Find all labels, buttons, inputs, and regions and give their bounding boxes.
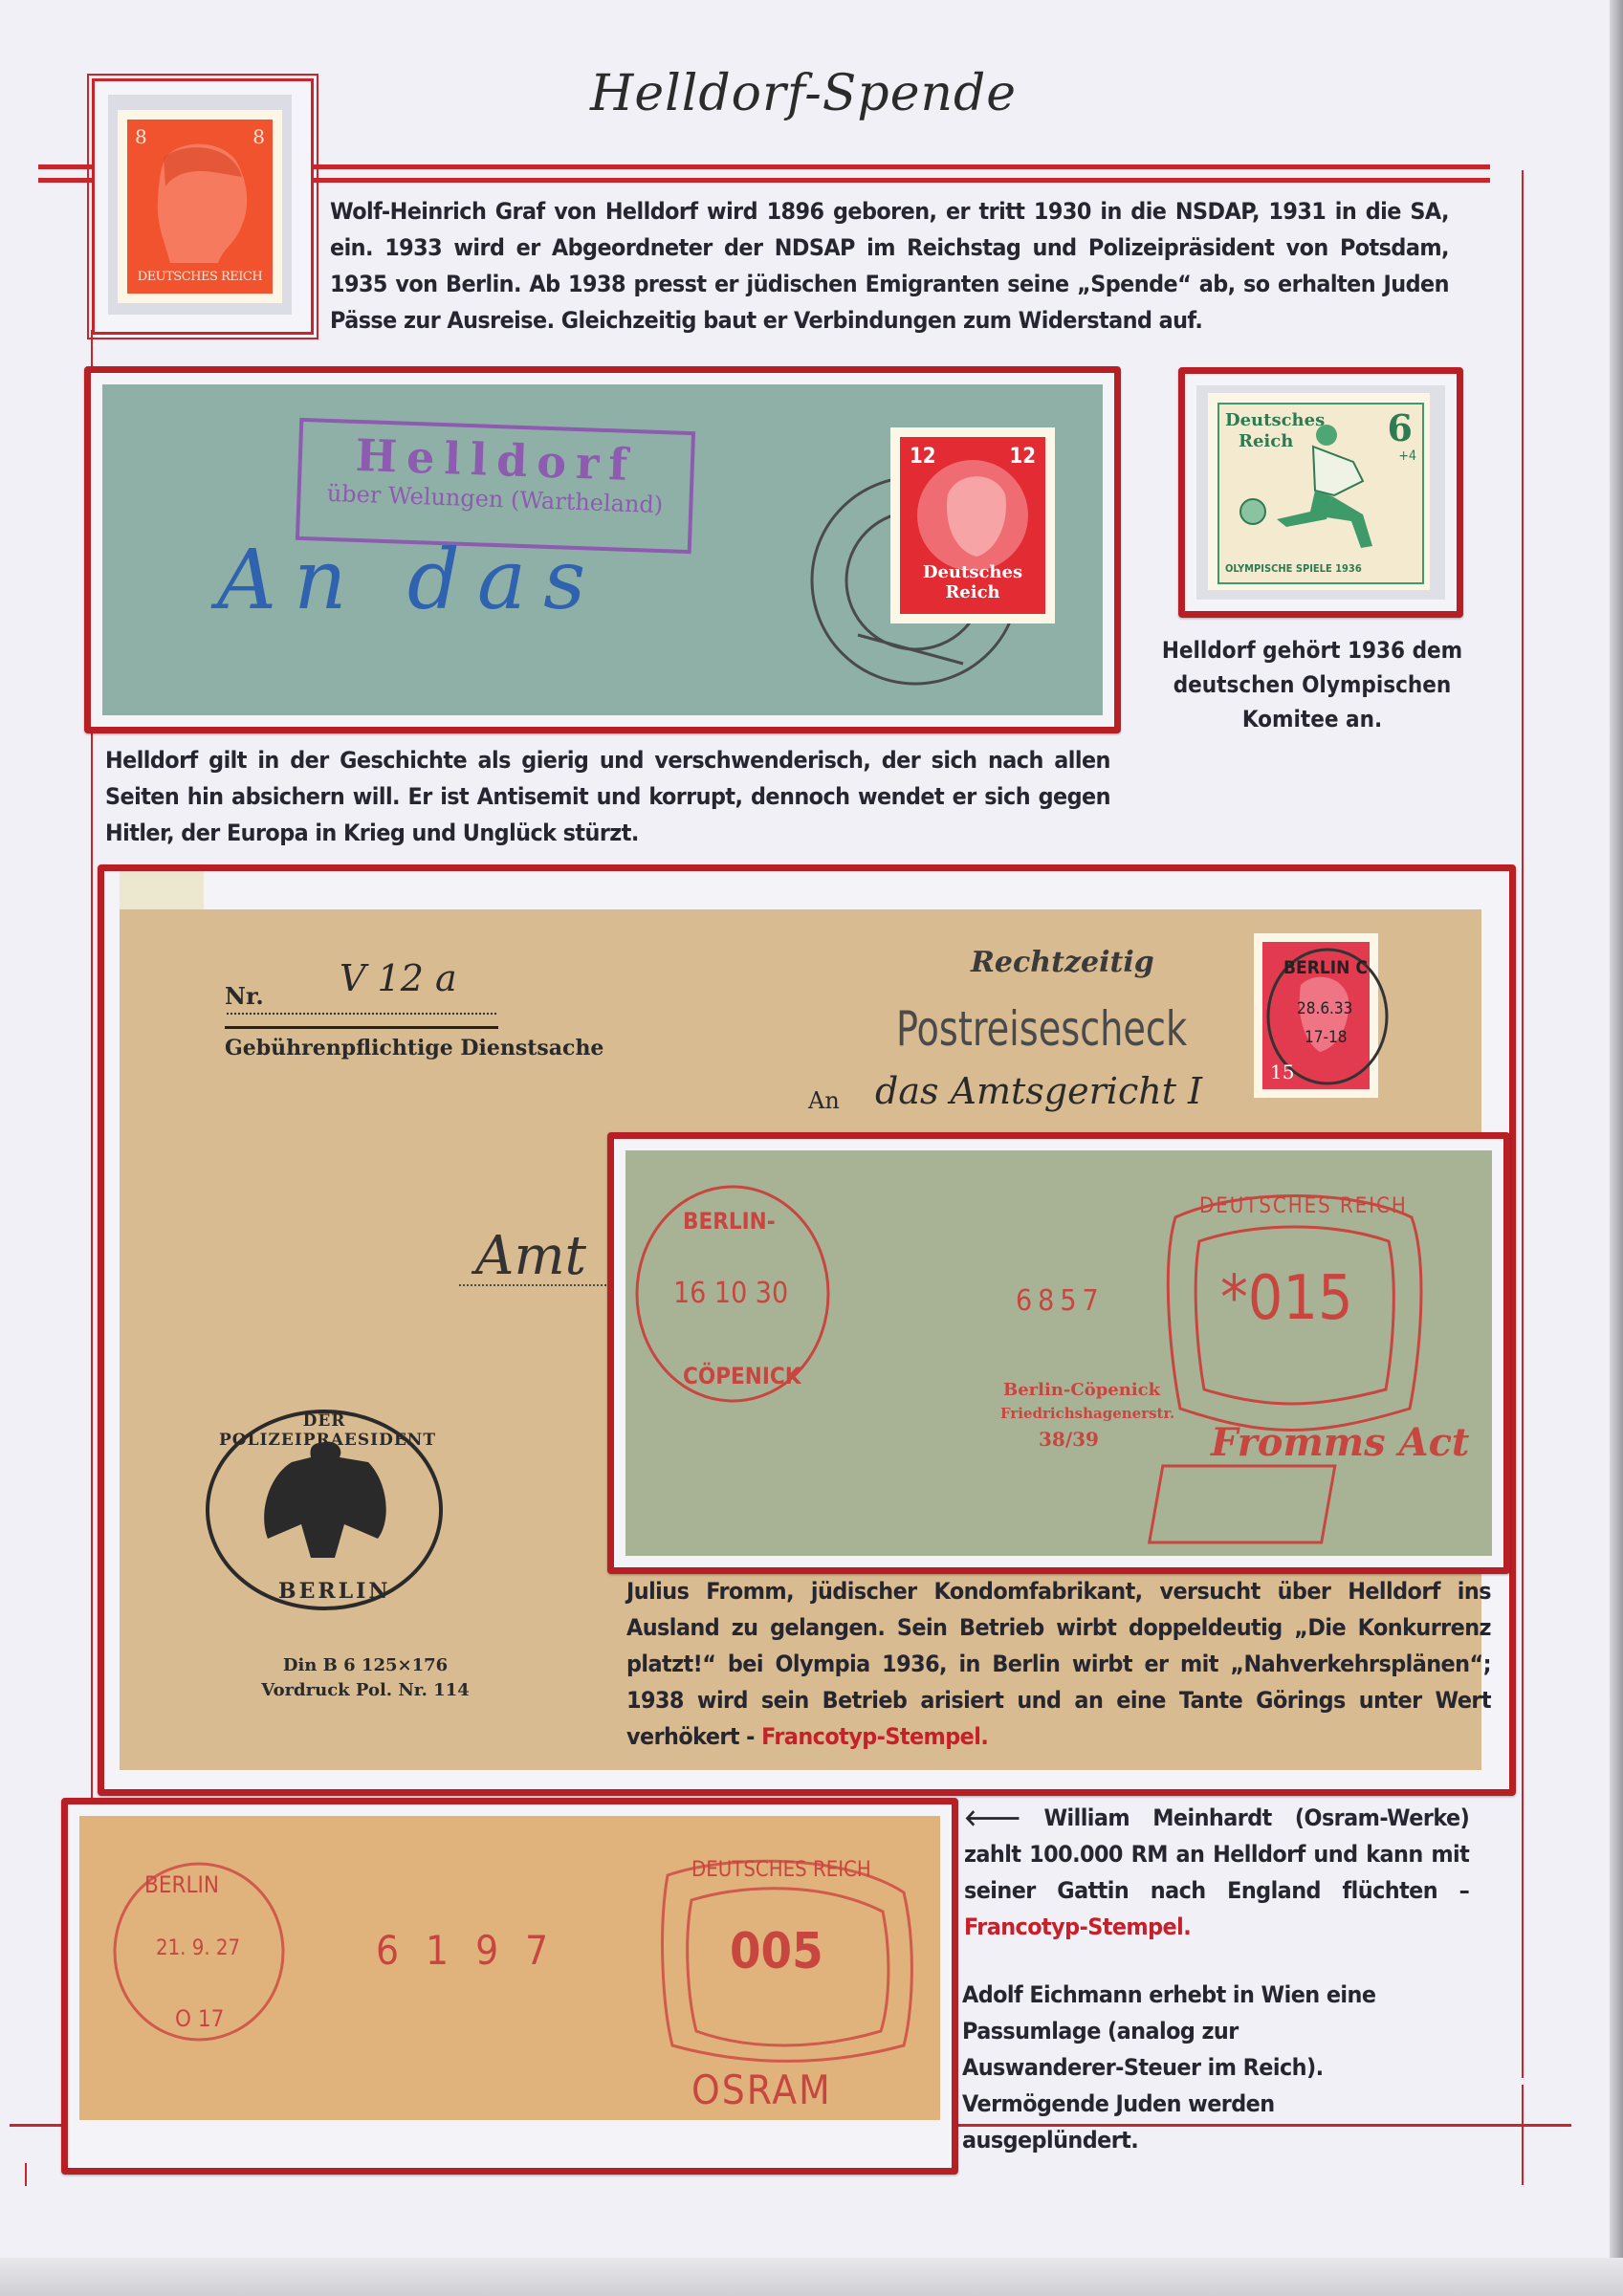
seal-text-top: DER POLIZEIPRAESIDENT	[219, 1411, 429, 1450]
stamp-country: Deutsches Reich	[900, 562, 1045, 602]
service-label: Gebührenpflichtige Dienstsache	[225, 1036, 603, 1061]
meter-address-line3: 38/39	[1039, 1428, 1099, 1451]
meter-circle-bottom: CÖPENICK	[683, 1363, 801, 1389]
meter-brand: OSRAM	[691, 2066, 832, 2113]
fromm-text-body: Julius Fromm, jüdischer Kondomfabrikant,…	[626, 1578, 1491, 1750]
album-sheet-bottom-edge	[0, 2258, 1623, 2296]
character-text: Helldorf gilt in der Geschichte als gier…	[105, 742, 1110, 851]
intro-text: Wolf-Heinrich Graf von Helldorf wird 189…	[330, 193, 1449, 339]
album-sheet-edge	[1610, 0, 1623, 2296]
slogan-script: Rechtzeitig	[971, 946, 1154, 979]
osram-text-body: William Meinhardt (Osram-Werke) zahlt 10…	[964, 1804, 1469, 1904]
meter-date: 16 10 30	[673, 1277, 788, 1310]
frame-right-line	[1522, 170, 1524, 2078]
fromm-text-highlight: Francotyp-Stempel.	[761, 1723, 988, 1750]
rule-left-top	[38, 164, 94, 169]
frame-right-tail	[1522, 2085, 1524, 2185]
an-label: An	[808, 1087, 840, 1114]
fromm-text: Julius Fromm, jüdischer Kondomfabrikant,…	[626, 1573, 1491, 1755]
postmark-time: 17-18	[1305, 1028, 1347, 1047]
address-handwritten: das Amtsgericht I	[875, 1070, 1202, 1112]
hinge-tab	[120, 871, 204, 909]
portrait-icon: 8 8 DEUTSCHES REICH	[127, 120, 273, 294]
hindenburg-15-stamp: BERLIN C 28.6.33 17-18 15	[1254, 933, 1378, 1098]
seal-text-bottom: BERLIN	[278, 1579, 391, 1604]
arrow-left-icon: 🡐	[964, 1804, 1020, 1831]
meter-brand: Fromms Act	[1211, 1420, 1469, 1465]
osram-text-highlight: Francotyp-Stempel.	[964, 1913, 1191, 1940]
meter-circle-top: BERLIN	[144, 1871, 219, 1898]
helldorf-cover-frame: Helldorf über Welungen (Wartheland) An d…	[84, 366, 1121, 733]
osram-text: 🡐 William Meinhardt (Osram-Werke) zahlt …	[964, 1800, 1469, 1945]
nr-dotted-line	[227, 1013, 496, 1015]
address-dotted-line	[459, 1284, 622, 1286]
profile-portrait-icon	[127, 120, 273, 294]
meter-number: 6857	[1016, 1284, 1105, 1318]
meter-frame-text: DEUTSCHES REICH	[1199, 1194, 1408, 1218]
hindenburg-stamp: 12 12 Deutsches Reich	[890, 427, 1055, 623]
meter-circle-top: BERLIN-	[683, 1208, 776, 1235]
rule-bottom-left	[10, 2124, 62, 2127]
rule-top-2	[308, 178, 1490, 183]
frame-left-tail	[25, 2163, 27, 2186]
meter-address-line1: Berlin-Cöpenick	[1003, 1380, 1160, 1400]
page-title: Helldorf-Spende	[536, 65, 1071, 122]
meter-frame-text: DEUTSCHES REICH	[691, 1858, 871, 1882]
meter-date: 21. 9. 27	[156, 1936, 240, 1960]
meter-number: 6 1 9 7	[376, 1927, 556, 1974]
osram-meter-cover: BERLIN 21. 9. 27 O 17 6 1 9 7 DEUTSCHES …	[79, 1816, 940, 2120]
amt-handwritten: Amt	[475, 1225, 586, 1287]
hitler-stamp: 8 8 DEUTSCHES REICH	[118, 110, 282, 303]
eichmann-text: Adolf Eichmann erhebt in Wien eine Passu…	[962, 1977, 1380, 2158]
football-player-icon	[1219, 405, 1422, 582]
stamp-caption: OLYMPISCHE SPIELE 1936	[1225, 562, 1362, 575]
olympic-caption: Helldorf gehört 1936 dem deutschen Olymp…	[1146, 633, 1479, 736]
intro-stamp-mount: 8 8 DEUTSCHES REICH	[92, 78, 314, 335]
helldorf-cover: Helldorf über Welungen (Wartheland) An d…	[102, 384, 1103, 715]
form-number-line1: Din B 6 125×176	[236, 1655, 494, 1675]
rule-top-1	[308, 164, 1490, 169]
meter-value: 005	[730, 1923, 823, 1980]
nr-label: Nr.	[225, 982, 264, 1010]
slogan-machine-cancel: Postreisescheck	[896, 1001, 1187, 1057]
meter-circle-bottom: O 17	[175, 2005, 224, 2032]
postmark-city: BERLIN C	[1283, 957, 1368, 978]
olympic-football-stamp: Deutsches Reich 6 +4 OLYMPISCHE SPIELE 1…	[1208, 393, 1430, 590]
nr-value-handwritten: V 12 a	[340, 957, 457, 999]
fromm-meter-frame: BERLIN- 16 10 30 CÖPENICK 6857 DEUTSCHES…	[607, 1132, 1510, 1574]
rule-left-bottom	[38, 178, 94, 183]
osram-meter-frame: BERLIN 21. 9. 27 O 17 6 1 9 7 DEUTSCHES …	[61, 1798, 958, 2175]
meter-value: *015	[1220, 1263, 1353, 1334]
form-number-line2: Vordruck Pol. Nr. 114	[217, 1680, 514, 1700]
postmark-date: 28.6.33	[1297, 999, 1352, 1018]
fromm-meter-cover: BERLIN- 16 10 30 CÖPENICK 6857 DEUTSCHES…	[625, 1150, 1492, 1556]
olympic-stamp-frame: Deutsches Reich 6 +4 OLYMPISCHE SPIELE 1…	[1178, 367, 1463, 618]
meter-address-line2: Friedrichshagenerstr.	[1000, 1405, 1174, 1422]
nr-underline	[225, 1026, 498, 1029]
stamp-country: DEUTSCHES REICH	[127, 270, 273, 284]
stamp-value: 15	[1270, 1061, 1294, 1083]
